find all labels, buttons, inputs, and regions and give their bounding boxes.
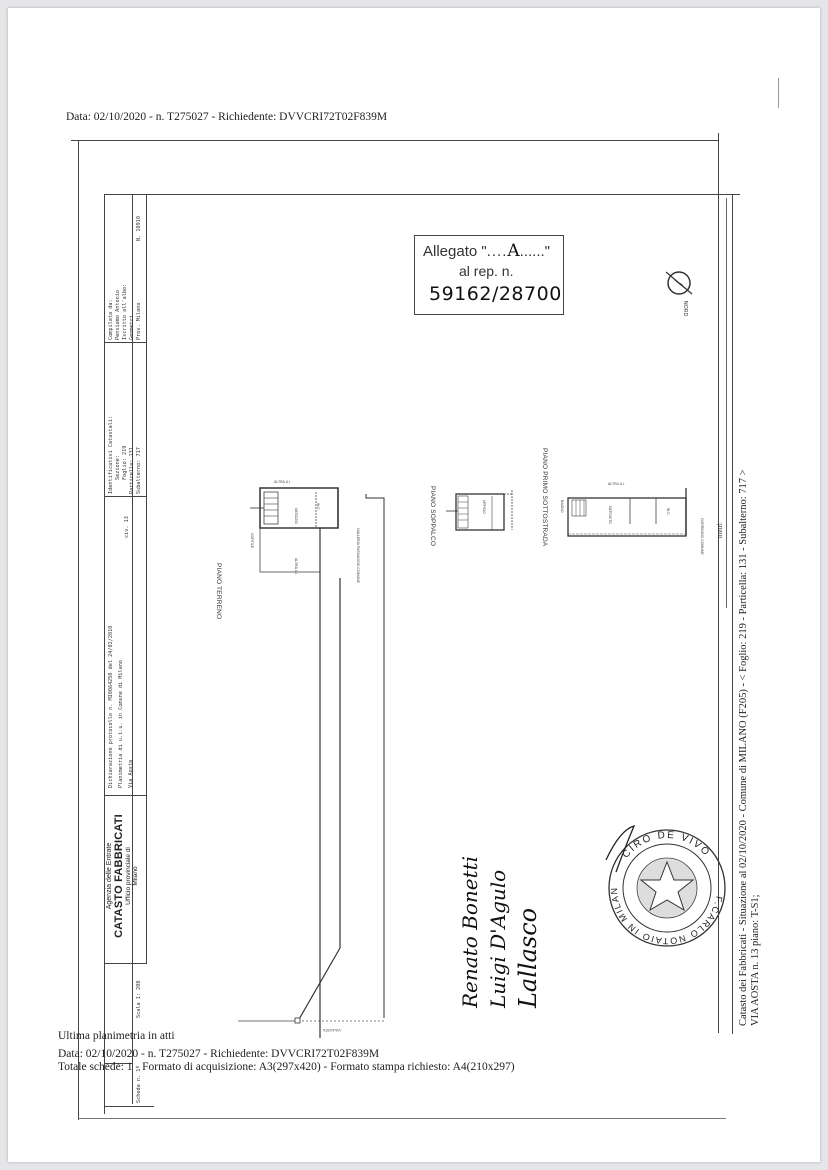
tb-compiled-by: Compilata da:	[108, 284, 115, 340]
tb-register: Iscritto all'albo:	[122, 284, 129, 340]
tb-sezione: Sezione:	[115, 416, 122, 494]
stamp-line2: al rep. n.	[459, 263, 513, 279]
tb-scheda: Scheda n. 1	[136, 1069, 143, 1103]
tb-identifiers: Identificativi Catastali: Sezione: Fogli…	[108, 416, 143, 494]
notary-seal-icon: CIRO DE VIVO F.CARLO NOTAIO IN MILANO	[600, 820, 730, 955]
scale-bar	[726, 198, 727, 608]
plan-label-other-unit-2: ALTRA U.I.	[294, 558, 298, 575]
tb-city: Milano	[132, 796, 139, 956]
frame-top	[71, 140, 719, 141]
inner-frame-bottom	[104, 1106, 154, 1107]
tb-office: Ufficio provinciale di	[125, 796, 132, 956]
signature-2: Luigi D'Agulo	[486, 870, 510, 1008]
plan-room-wc-1: W.C.	[316, 503, 320, 511]
plan-room-store: DEPOSITO	[608, 506, 612, 524]
tb-compiler: Compilata da: Pensiamo Antonio Iscritto …	[108, 284, 143, 340]
tb-row1	[104, 342, 146, 343]
tb-foglio: Foglio: 219	[122, 416, 129, 494]
tb-agency-block: Agenzia delle Entrate CATASTO FABBRICATI…	[106, 796, 139, 956]
tb-agency: Agenzia delle Entrate	[106, 796, 113, 956]
plan-room-bath: BAGNO	[560, 500, 564, 513]
document-page: Data: 02/10/2020 - n. T275027 - Richiede…	[8, 8, 820, 1162]
right-margin-line2: VIA AOSTA n. 13 piano: T-S1;	[750, 894, 761, 1026]
stamp-suffix: "	[545, 243, 550, 260]
tb-ids-title: Identificativi Catastali:	[108, 416, 115, 494]
plan-label-passage: GALLERIA PASSAGGIO COMUNE	[356, 528, 360, 583]
tb-civ: civ. 13	[124, 516, 131, 538]
inner-frame-left	[104, 194, 105, 1114]
tb-row2	[104, 496, 146, 497]
mezzanine-plan	[446, 486, 526, 546]
signature-3: Lallasco	[514, 908, 542, 1008]
plan-label-other-unit-1: ALTRA U.I.	[274, 480, 291, 484]
plan-room-wc-2: W.C.	[666, 508, 670, 516]
frame-left	[78, 140, 79, 1120]
stamp-prefix: Allegato "	[423, 243, 487, 260]
tb-subalterno: Subalterno: 717	[136, 416, 143, 494]
footer-last-plan: Ultima planimetria in atti	[58, 1030, 175, 1042]
footer-line1: Data: 02/10/2020 - n. T275027 - Richiede…	[58, 1048, 379, 1060]
tb-declaration-text: Dichiarazione protocollo n. MI0064250 de…	[108, 626, 115, 788]
svg-text:CIRO DE VIVO: CIRO DE VIVO	[620, 830, 712, 861]
north-arrow-icon	[662, 266, 696, 300]
ground-floor-plan	[238, 478, 408, 1038]
signature-1: Renato Bonetti	[458, 856, 482, 1008]
plan-label-street: VIA AOSTA	[323, 1028, 341, 1032]
plan-room-shop-1: NEGOZIO	[294, 508, 298, 524]
tb-address: Via Aosta	[128, 626, 135, 788]
tb-register-val: Geometri	[129, 284, 136, 340]
plan-label-other-unit-3: ALTRA U.I.	[608, 482, 625, 486]
tb-plan-of: Planimetria di u.i.u. in Comune di Milan…	[118, 626, 125, 788]
stamp-line1: Allegato "....A......"	[423, 241, 550, 261]
plan-room-office: UFFICIO	[482, 500, 486, 514]
tb-compiler-name: Pensiamo Antonio	[115, 284, 122, 340]
attachment-stamp: Allegato "....A......" al rep. n. 59162/…	[414, 235, 564, 315]
seal-top-text: CIRO DE VIVO	[620, 830, 712, 861]
frame-bottom	[78, 1118, 726, 1119]
stamp-number: 59162/28700	[429, 283, 562, 305]
plan-label-corridor: CORRIDOIO COMUNE	[700, 518, 704, 555]
tb-col2	[146, 194, 147, 964]
inner-frame-right	[732, 194, 733, 1034]
frame-corner-mark	[778, 78, 779, 108]
footer-line2: Totale schede: 1 - Formato di acquisizio…	[58, 1061, 515, 1073]
tb-declaration: Dichiarazione protocollo n. MI0064250 de…	[108, 626, 135, 788]
right-margin-line1: Catasto dei Fabbricati - Situazione al 0…	[738, 469, 749, 1026]
scale-unit: metri	[716, 523, 724, 538]
north-label: NORD	[682, 301, 688, 317]
header-line: Data: 02/10/2020 - n. T275027 - Richiede…	[66, 111, 387, 123]
tb-regnum: N. 10910	[136, 216, 143, 241]
plan-title-ground: PIANO TERRENO	[215, 563, 222, 619]
tb-row4	[104, 963, 146, 964]
basement-plan	[558, 488, 708, 548]
plan-title-basement: PIANO PRIMO SOTTOSTRADA	[541, 448, 548, 546]
tb-catasto: CATASTO FABBRICATI	[113, 796, 125, 956]
tb-scala: Scala 1: 200	[136, 981, 143, 1018]
stamp-letter: A	[507, 241, 519, 261]
tb-particella: Particella: 131	[129, 416, 136, 494]
inner-frame-top	[104, 194, 740, 195]
plan-label-courtyard: CORTILE	[250, 533, 254, 548]
tb-prov: Prov. Milano	[136, 284, 143, 340]
plan-title-mezzanine: PIANO SOPPALCO	[429, 486, 436, 546]
